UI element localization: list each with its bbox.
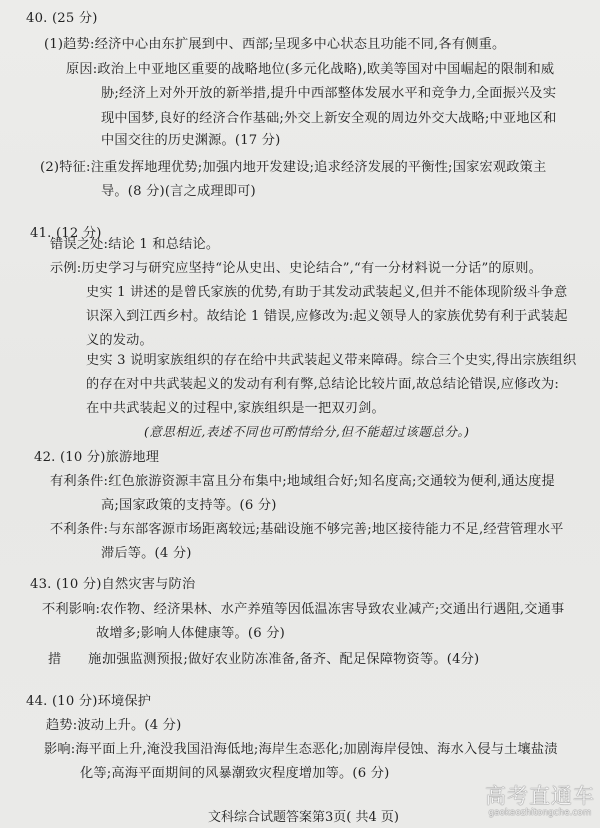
q41-fact3-line-2: 的存在对中共武装起义的发动有利有弊,总结论比较片面,故总结论错误,应修改为: (86, 377, 559, 393)
q40-trend: (1)趋势:经济中心由东扩展到中、西部;呈现多中心状态且功能不同,各有侧重。 (44, 37, 505, 53)
q40-reason-line-2: 胁;经济上对外开放的新举措,提升中西部整体发展水平和竞争力,全面振兴及实 (101, 86, 556, 102)
q42-unfavorable-line-1: 不利条件:与东部客源市场距离较远;基础设施不够完善;地区接待能力不足,经营管理水… (50, 522, 564, 538)
q40-feature-line-2: 导。(8 分)(言之成理即可) (101, 184, 256, 200)
q43-header: 43. (10 分)自然灾害与防治 (30, 577, 195, 593)
q40-reason-line-3: 现中国梦,良好的经济合作基础;外交上新安全观的周边外交大战略;中亚地区和 (101, 111, 556, 127)
q41-fact3-line-1: 史实 3 说明家族组织的存在给中共武装起义带来障碍。综合三个史实,得出宗族组织 (86, 353, 576, 369)
q42-favorable-line-2: 高;国家政策的支持等。(6 分) (101, 498, 277, 514)
q43-impact-line-1: 不利影响:农作物、经济果林、水产养殖等因低温冻害导致农业减产;交通出行遇阻,交通… (42, 602, 564, 618)
q41-fact1-line-1: 史实 1 讲述的是曾氏家族的优势,有助于其发动武装起义,但并不能体现阶级斗争意 (86, 285, 567, 301)
q42-unfavorable-line-2: 滞后等。(4 分) (101, 546, 192, 562)
q43-measure-text: 加强监测预报;做好农业防冻准备,备齐、配足保障物资等。(4分) (103, 652, 479, 668)
q44-trend: 趋势:波动上升。(4 分) (46, 718, 181, 734)
q42-header: 42. (10 分)旅游地理 (34, 450, 159, 466)
q41-example: 示例:历史学习与研究应坚持“论从史出、史论结合”,“有一分材料说一分话”的原则。 (50, 261, 542, 277)
q41-fact3-line-3: 在中共武装起义的过程中,家族组织是一把双刃剑。 (86, 401, 385, 417)
q43-impact-line-2: 故增多;影响人体健康等。(6 分) (96, 626, 285, 642)
q44-impact-line-1: 影响:海平面上升,淹没我国沿海低地;海岸生态恶化;加剧海岸侵蚀、海水入侵与土壤盐… (44, 742, 558, 758)
q42-favorable-line-1: 有利条件:红色旅游资源丰富且分布集中;地域组合好;知名度高;交通较为便利,通达度… (50, 474, 555, 490)
watermark-title: 高考直通车 (484, 784, 596, 808)
q40-reason-line-1: 原因:政治上中亚地区重要的战略地位(多元化战略),欧美等国对中国崛起的限制和威 (66, 62, 554, 78)
q44-impact-line-2: 化等;高海平面期间的风暴潮致灾程度增加等。(6 分) (80, 766, 389, 782)
watermark-logo: 高考直通车 gaokaozhitongche.com (484, 784, 596, 818)
answer-sheet-page: 40. (25 分) (1)趋势:经济中心由东扩展到中、西部;呈现多中心状态且功… (0, 0, 600, 828)
q40-reason-line-4: 中国交往的历史渊源。(17 分) (101, 133, 281, 149)
q40-feature-line-1: (2)特征:注重发挥地理优势;加强内地开发建设;追求经济发展的平衡性;国家宏观政… (40, 160, 546, 176)
q41-fact1-line-2: 识深入到江西乡村。故结论 1 错误,应修改为:起义领导人的家族优势有利于武装起 (86, 309, 568, 325)
q44-header: 44. (10 分)环境保护 (26, 694, 151, 710)
q41-grading-note: (意思相近,表述不同也可酌情给分,但不能超过该题总分。) (144, 424, 469, 440)
q41-fact1-line-3: 义的发动。 (86, 333, 153, 349)
q41-error: 错误之处:结论 1 和总结论。 (50, 237, 219, 253)
page-footer: 文科综合试题答案第3页( 共4 页) (208, 806, 399, 825)
q40-header: 40. (25 分) (26, 11, 98, 27)
q43-measure-label: 措 施: (48, 652, 106, 668)
watermark-url: gaokaozhitongche.com (484, 808, 596, 818)
